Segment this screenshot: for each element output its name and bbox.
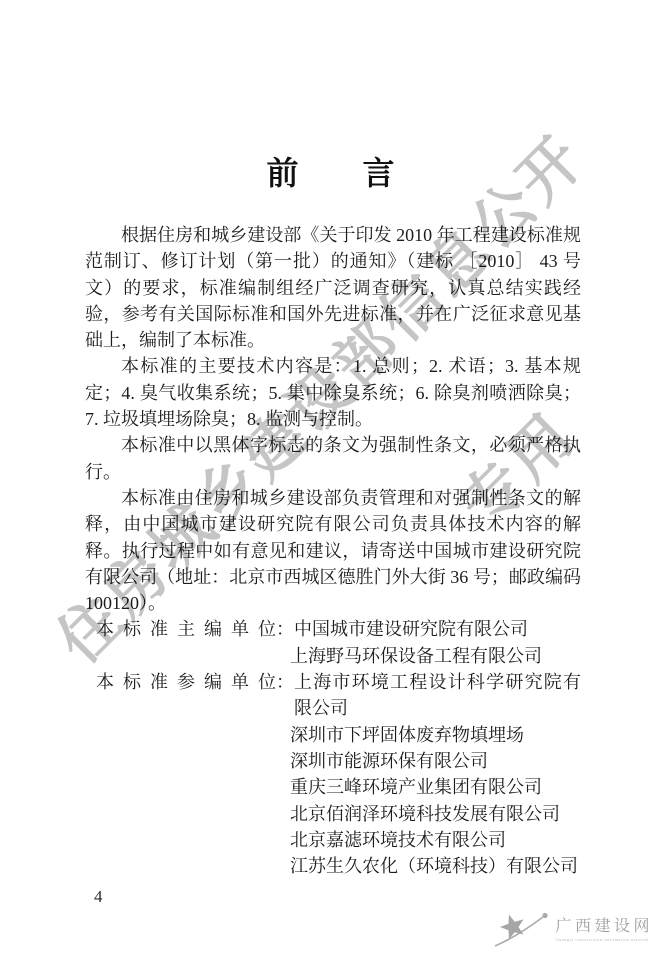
participant-editor-unit: 深圳市下坪固体废弃物填埋场 — [290, 722, 581, 748]
participant-editor-unit: 重庆三峰环境产业集团有限公司 — [290, 774, 581, 800]
participant-editor-row: 深圳市能源环保有限公司 — [85, 748, 581, 774]
page-title: 前 言 — [0, 0, 661, 194]
participant-editor-unit: 江苏生久农化（环境科技）有限公司 — [290, 853, 581, 879]
paragraph-2: 本标准的主要技术内容是：1. 总则；2. 术语；3. 基本规定；4. 臭气收集系… — [85, 353, 581, 432]
paragraph-4: 本标准由住房和城乡建设部负责管理和对强制性条文的解释，由中国城市建设研究院有限公… — [85, 485, 581, 616]
participant-editor-unit: 北京嘉滤环境技术有限公司 — [290, 827, 581, 853]
unit-label-spacer — [85, 774, 290, 800]
unit-label-spacer — [85, 722, 290, 748]
logo-text: 广西建设网 — [555, 913, 653, 936]
paragraph-3: 本标准中以黑体字标志的条文为强制性条文，必须严格执行。 — [85, 432, 581, 485]
preface-body: 根据住房和城乡建设部《关于印发 2010 年工程建设标准规范制订、修订计划（第一… — [85, 222, 581, 879]
document-page: 前 言 根据住房和城乡建设部《关于印发 2010 年工程建设标准规范制订、修订计… — [0, 0, 661, 958]
unit-label-spacer — [85, 801, 290, 827]
participant-editor-unit: 北京佰润泽环境科技发展有限公司 — [290, 801, 581, 827]
chief-editor-unit: 上海野马环保设备工程有限公司 — [290, 643, 581, 669]
chief-editor-row: 上海野马环保设备工程有限公司 — [85, 643, 581, 669]
unit-label-spacer — [85, 853, 290, 879]
participant-editor-row: 北京佰润泽环境科技发展有限公司 — [85, 801, 581, 827]
chief-editor-label: 本 标 准 主 编 单 位： — [85, 616, 294, 642]
participant-editor-row: 重庆三峰环境产业集团有限公司 — [85, 774, 581, 800]
participant-editor-row: 本 标 准 参 编 单 位： 上海市环境工程设计科学研究院有限公司 — [85, 669, 581, 722]
logo-tagline: Guangxi construction information network — [555, 937, 653, 942]
unit-label-spacer — [85, 827, 290, 853]
unit-label-spacer — [85, 748, 290, 774]
participant-editor-label: 本 标 准 参 编 单 位： — [85, 669, 294, 722]
chief-editor-row: 本 标 准 主 编 单 位： 中国城市建设研究院有限公司 — [85, 616, 581, 642]
page-number: 4 — [94, 887, 103, 907]
footer-logo: 广西建设网 Guangxi construction information n… — [493, 905, 653, 949]
participant-editor-row: 北京嘉滤环境技术有限公司 — [85, 827, 581, 853]
chief-editor-unit: 中国城市建设研究院有限公司 — [294, 616, 581, 642]
editor-units: 本 标 准 主 编 单 位： 中国城市建设研究院有限公司 上海野马环保设备工程有… — [85, 616, 581, 879]
logo-text-block: 广西建设网 Guangxi construction information n… — [555, 913, 653, 942]
participant-editor-unit: 上海市环境工程设计科学研究院有限公司 — [294, 669, 581, 722]
paragraph-1: 根据住房和城乡建设部《关于印发 2010 年工程建设标准规范制订、修订计划（第一… — [85, 222, 581, 353]
participant-editor-row: 江苏生久农化（环境科技）有限公司 — [85, 853, 581, 879]
participant-editor-unit: 深圳市能源环保有限公司 — [290, 748, 581, 774]
unit-label-spacer — [85, 643, 290, 669]
participant-editor-row: 深圳市下坪固体废弃物填埋场 — [85, 722, 581, 748]
star-comet-icon — [493, 905, 553, 949]
